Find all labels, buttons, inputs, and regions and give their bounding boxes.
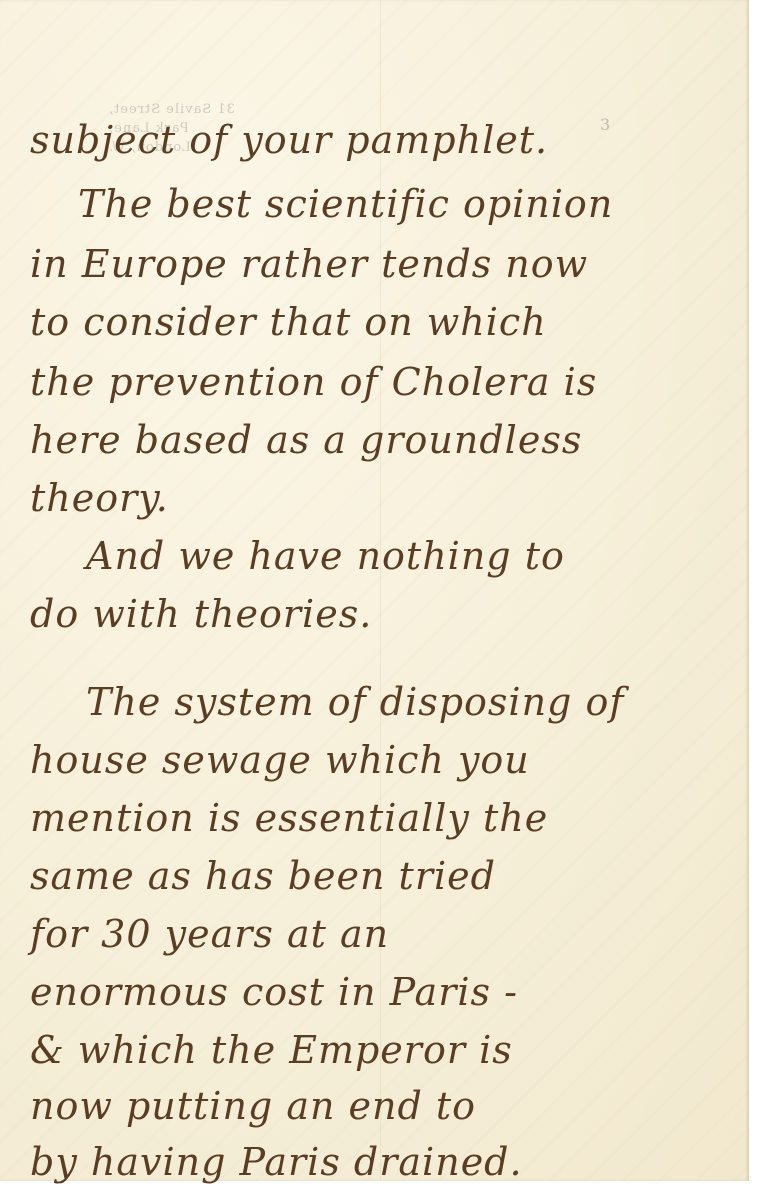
text-line: The system of disposing of [86, 680, 624, 724]
text-line: The best scientific opinion [78, 182, 613, 226]
text-line: here based as a groundless [30, 418, 582, 462]
text-line: same as has been tried [30, 854, 496, 898]
text-line: do with theories. [30, 592, 372, 636]
text-line: theory. [30, 476, 169, 520]
text-line: house sewage which you [30, 738, 530, 782]
text-line: to consider that on which [30, 300, 547, 344]
text-line: & which the Emperor is [30, 1028, 513, 1072]
text-line: And we have nothing to [86, 534, 565, 578]
text-line: now putting an end to [30, 1084, 476, 1128]
text-line: for 30 years at an [30, 912, 389, 956]
letterhead-line: 31 Savile Street, [108, 100, 338, 119]
text-line: mention is essentially the [30, 796, 548, 840]
text-line: in Europe rather tends now [30, 242, 588, 286]
page-number-mark: 3 [600, 115, 610, 137]
text-line: enormous cost in Paris - [30, 970, 518, 1014]
text-line: subject of your pamphlet. [30, 118, 548, 162]
text-line: the prevention of Cholera is [30, 360, 597, 404]
text-line: by having Paris drained. [30, 1140, 523, 1184]
letter-paper: 31 Savile Street, Park Lane, London, W. … [0, 0, 749, 1181]
